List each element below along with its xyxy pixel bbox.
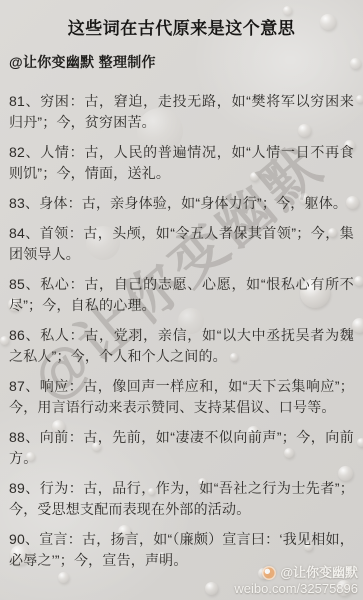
water-droplet xyxy=(336,580,352,596)
card-content: 这些词在古代原来是这个意思 @让你变幽默 整理制作 81、穷困：古，窘迫，走投无… xyxy=(0,14,363,571)
list-item: 89、行为：古，品行，作为，如“吾社之行为士先者”；今，受思想支配而表现在外部的… xyxy=(9,478,354,520)
page-title: 这些词在古代原来是这个意思 xyxy=(10,14,353,39)
list-item: 82、人情：古，人民的普遍情况，如“人情一日不再食则饥”；今，情面，送礼。 xyxy=(9,142,354,184)
definition-list: 81、穷困：古，窘迫，走投无路，如“樊将军以穷困来归丹”；今，贫穷困苦。 82、… xyxy=(0,91,363,571)
author-credit: @让你变幽默 整理制作 xyxy=(9,52,363,72)
list-item: 84、首领：古，头颅，如“令五人者保其首领”；今，集团领导人。 xyxy=(9,223,354,265)
water-droplet xyxy=(58,572,69,583)
list-item: 83、身体：古，亲身体验，如“身体力行”；今，躯体。 xyxy=(9,193,354,214)
list-item: 81、穷困：古，窘迫，走投无路，如“樊将军以穷困来归丹”；今，贫穷困苦。 xyxy=(9,91,354,133)
list-item: 86、私人：古，党羽，亲信，如“以大中丞抚吴者为魏之私人”；今，个人和个人之间的… xyxy=(9,325,354,367)
list-item: 88、向前：古，先前，如“凄凄不似向前声”；今，向前方。 xyxy=(9,427,354,469)
list-item: 90、宣言：古，扬言，如“（廉颇）宣言曰：‘我见相如，必辱之’”；今，宣告，声明… xyxy=(9,529,354,571)
water-droplet xyxy=(205,582,218,595)
text-card-image: 这些词在古代原来是这个意思 @让你变幽默 整理制作 81、穷困：古，窘迫，走投无… xyxy=(0,0,363,600)
weibo-url-watermark: weibo.com/32575896 xyxy=(234,581,358,596)
list-item: 85、私心：古，自己的志愿、心愿，如“恨私心有所不尽”；今，自私的心理。 xyxy=(9,274,354,316)
list-item: 87、响应：古，像回声一样应和，如“天下云集响应”；今，用言语行动来表示赞同、支… xyxy=(9,376,354,418)
